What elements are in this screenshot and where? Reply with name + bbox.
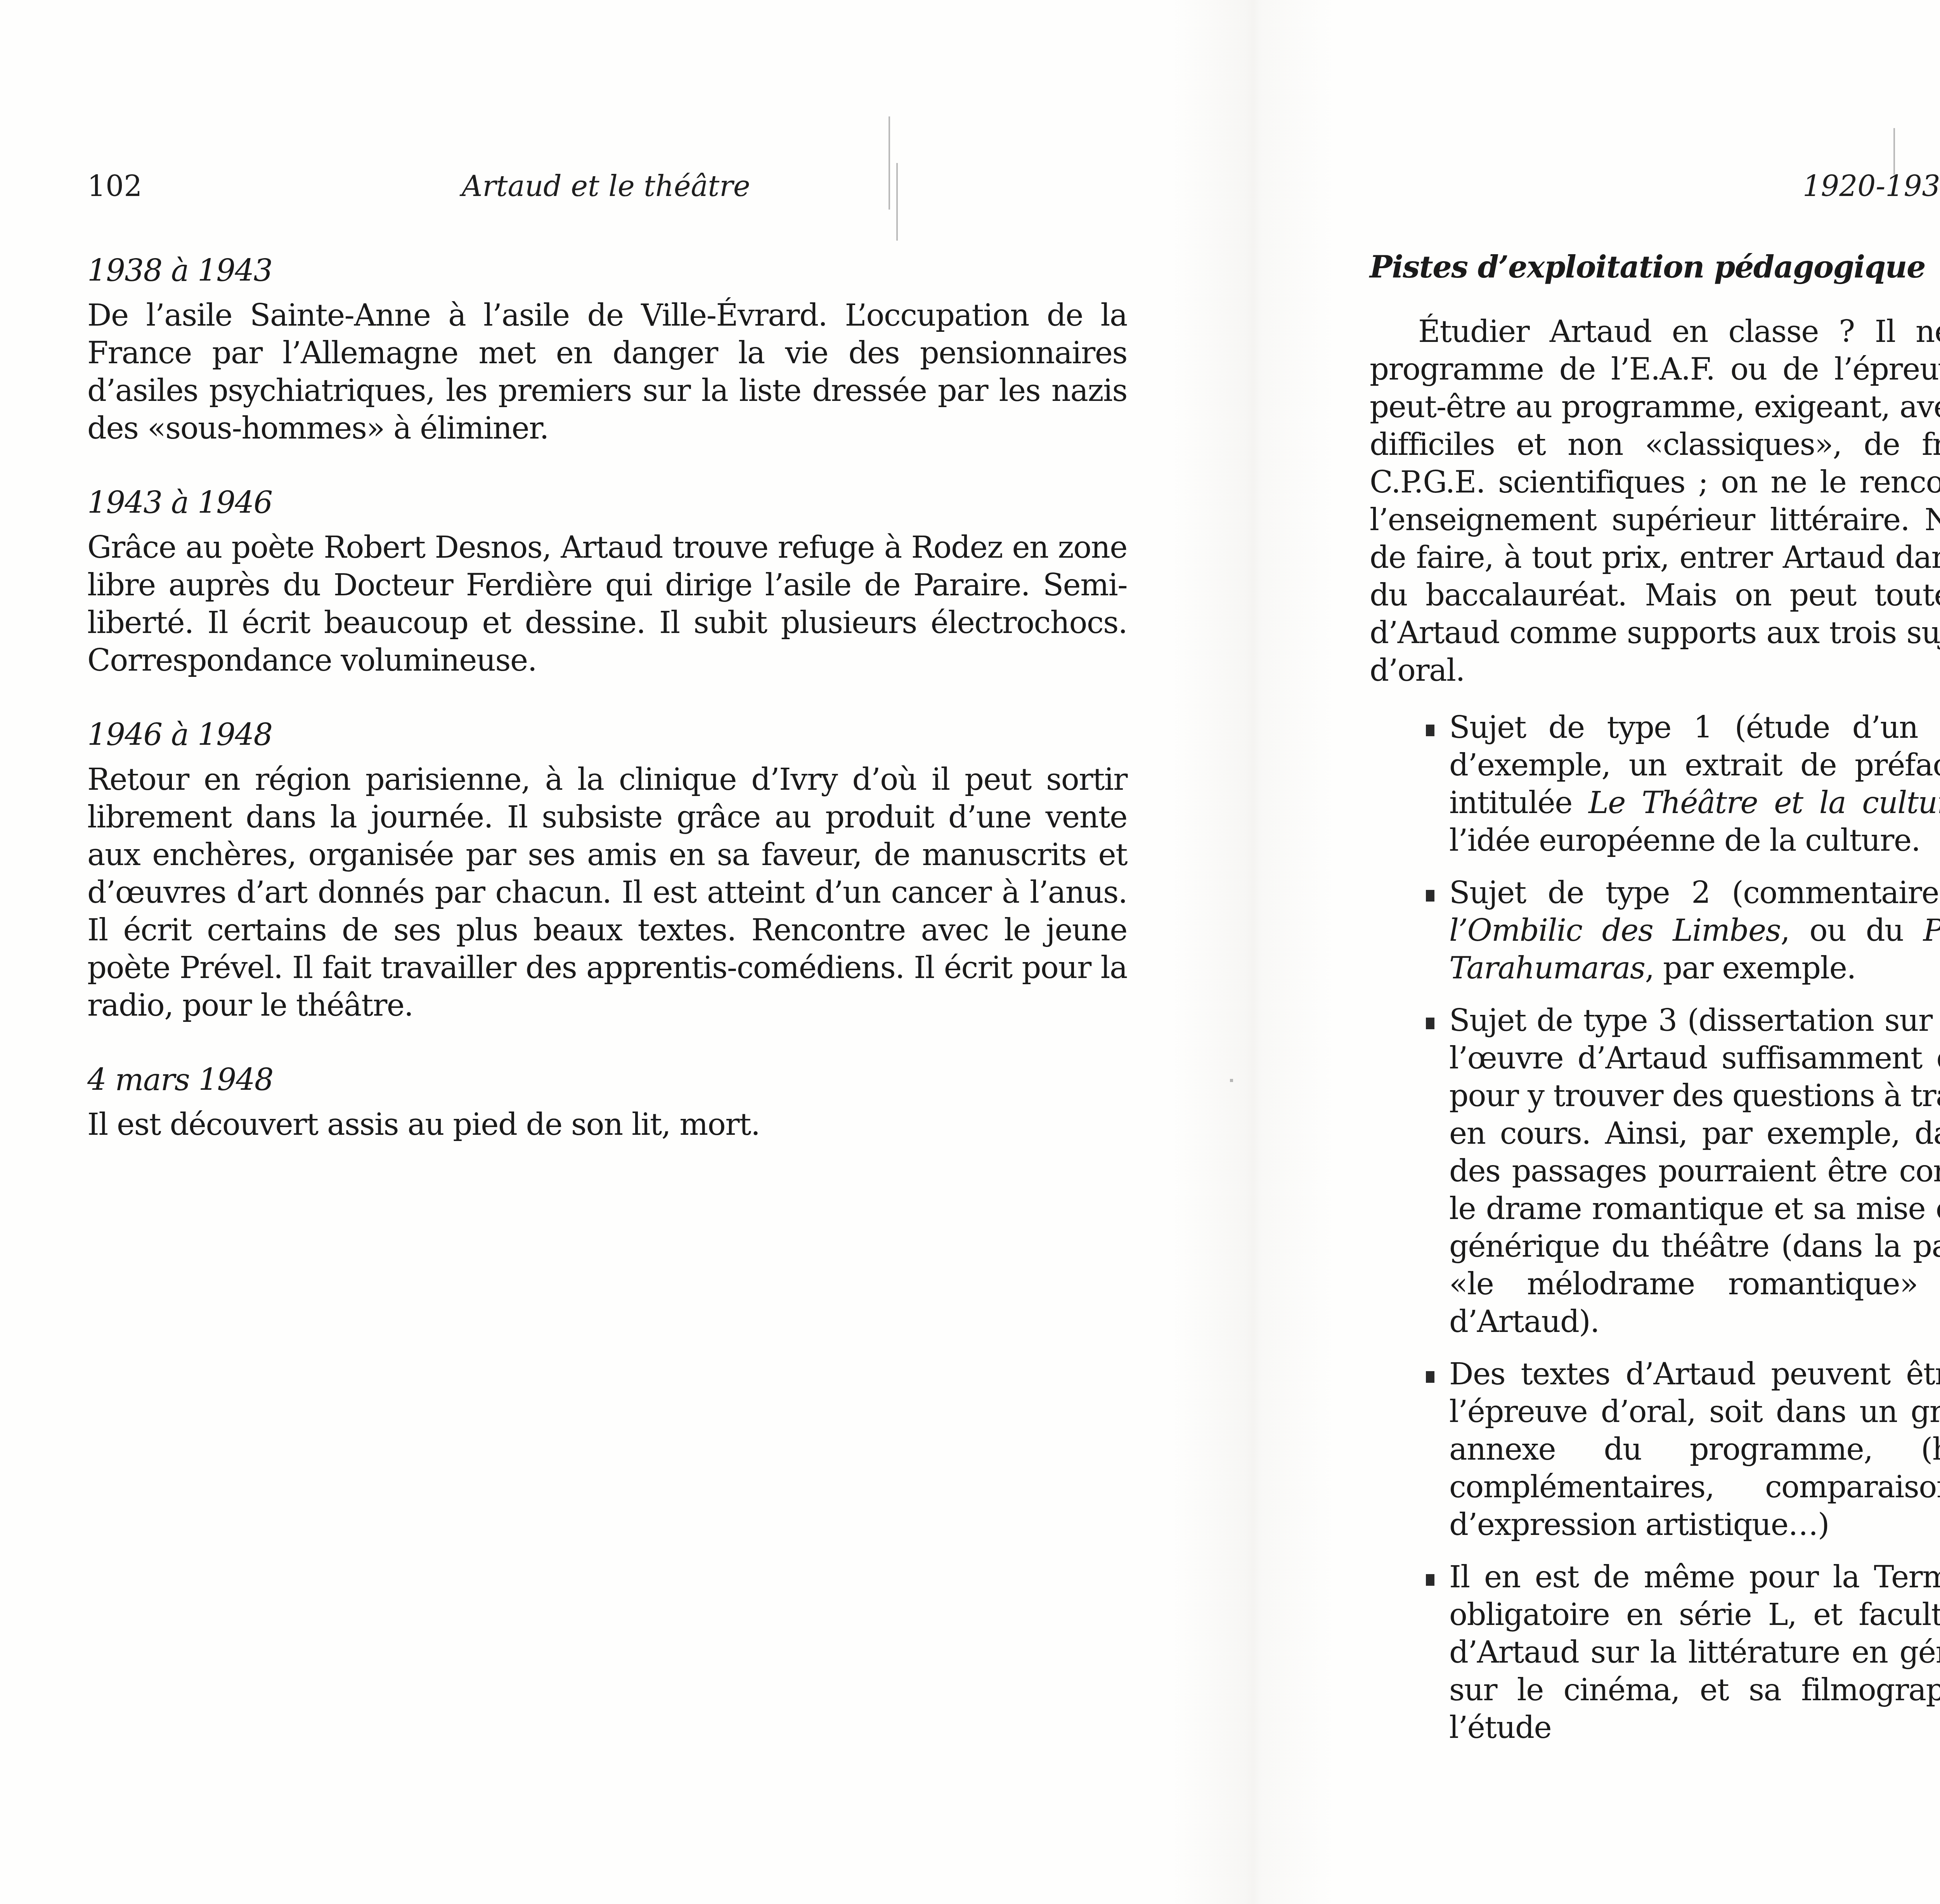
- text-run: , par exemple.: [1645, 951, 1856, 986]
- italic-title: Tarahumaras: [1449, 951, 1645, 986]
- list-item: Il en est de même pour la Terminale, à l…: [1370, 1559, 1940, 1747]
- list-item: Sujet de type 2 (commentaire littéraire)…: [1370, 874, 1940, 987]
- text-run: , ou du: [1781, 913, 1923, 948]
- bullet-list: Sujet de type 1 (étude d’un texte argume…: [1370, 709, 1940, 1747]
- italic-title: l’Ombilic des Limbes: [1449, 913, 1781, 948]
- page-number-left: 102: [87, 167, 142, 206]
- chronology-entry: 1946 à 1948 Retour en région parisienne,…: [87, 716, 1127, 1025]
- text-run: Sujet de type 1 (étude d’un texte argume…: [1449, 710, 1940, 783]
- list-item: Sujet de type 3 (dissertation sur un suj…: [1370, 1002, 1940, 1341]
- chronology-entry: 1938 à 1943 De l’asile Sainte-Anne à l’a…: [87, 252, 1127, 447]
- entry-date: 1946 à 1948: [87, 716, 1127, 754]
- book-spread: 102 Artaud et le théâtre 1938 à 1943 De …: [0, 0, 1940, 1904]
- section-title: Pistes d’exploitation pédagogique: [1370, 248, 1940, 286]
- square-bullet-icon: [1426, 890, 1434, 902]
- left-page: 102 Artaud et le théâtre 1938 à 1943 De …: [0, 0, 1248, 1904]
- running-head-right: 1920-1935: [1803, 167, 1940, 206]
- text-run: Sujet de type 2 (commentaire littéraire)…: [1449, 876, 1940, 910]
- list-item: Des textes d’Artaud peuvent être présent…: [1370, 1356, 1940, 1544]
- square-bullet-icon: [1426, 1371, 1434, 1383]
- italic-title: Pèse-Nerfs: [1923, 913, 1940, 948]
- square-bullet-icon: [1426, 725, 1434, 736]
- running-head-left: Artaud et le théâtre: [462, 167, 750, 206]
- text-run: Sujet de type 3 (dissertation sur un suj…: [1449, 1003, 1940, 1151]
- list-item-text: Des textes d’Artaud peuvent être présent…: [1449, 1357, 1940, 1542]
- intro-paragraph: Étudier Artaud en classe ? Il ne sera sa…: [1370, 313, 1940, 690]
- list-item-text: Sujet de type 1 (étude d’un texte argume…: [1449, 710, 1940, 858]
- entry-body: De l’asile Sainte-Anne à l’asile de Vill…: [87, 297, 1127, 447]
- entry-date: 1943 à 1946: [87, 484, 1127, 522]
- book-gutter-shadow: [1172, 0, 1335, 1904]
- entry-body: Retour en région parisienne, à la cliniq…: [87, 761, 1127, 1025]
- scan-artifact: [896, 163, 898, 241]
- scan-artifact: [1230, 1079, 1233, 1082]
- chronology: 1938 à 1943 De l’asile Sainte-Anne à l’a…: [87, 252, 1127, 1181]
- italic-title: Le Théâtre et la culture: [1588, 786, 1940, 820]
- square-bullet-icon: [1426, 1018, 1434, 1029]
- chronology-entry: 1943 à 1946 Grâce au poète Robert Desnos…: [87, 484, 1127, 680]
- list-item-text: Il en est de même pour la Terminale, à l…: [1449, 1560, 1940, 1745]
- entry-date: 1938 à 1943: [87, 252, 1127, 290]
- chronology-entry: 4 mars 1948 Il est découvert assis au pi…: [87, 1061, 1127, 1144]
- list-item-text: Sujet de type 3 (dissertation sur un suj…: [1449, 1003, 1940, 1339]
- text-run: Il en est de même pour la Terminale, à l…: [1449, 1560, 1940, 1745]
- scan-artifact: [1893, 128, 1895, 175]
- text-run: Des textes d’Artaud peuvent être présent…: [1449, 1357, 1940, 1542]
- pedagogy-section: Pistes d’exploitation pédagogique Étudie…: [1370, 248, 1940, 1762]
- list-item-text: Sujet de type 2 (commentaire littéraire)…: [1449, 876, 1940, 986]
- entry-body: Grâce au poète Robert Desnos, Artaud tro…: [87, 529, 1127, 680]
- square-bullet-icon: [1426, 1574, 1434, 1586]
- entry-date: 4 mars 1948: [87, 1061, 1127, 1099]
- scan-artifact: [889, 116, 890, 210]
- entry-body: Il est découvert assis au pied de son li…: [87, 1106, 1127, 1144]
- list-item: Sujet de type 1 (étude d’un texte argume…: [1370, 709, 1940, 860]
